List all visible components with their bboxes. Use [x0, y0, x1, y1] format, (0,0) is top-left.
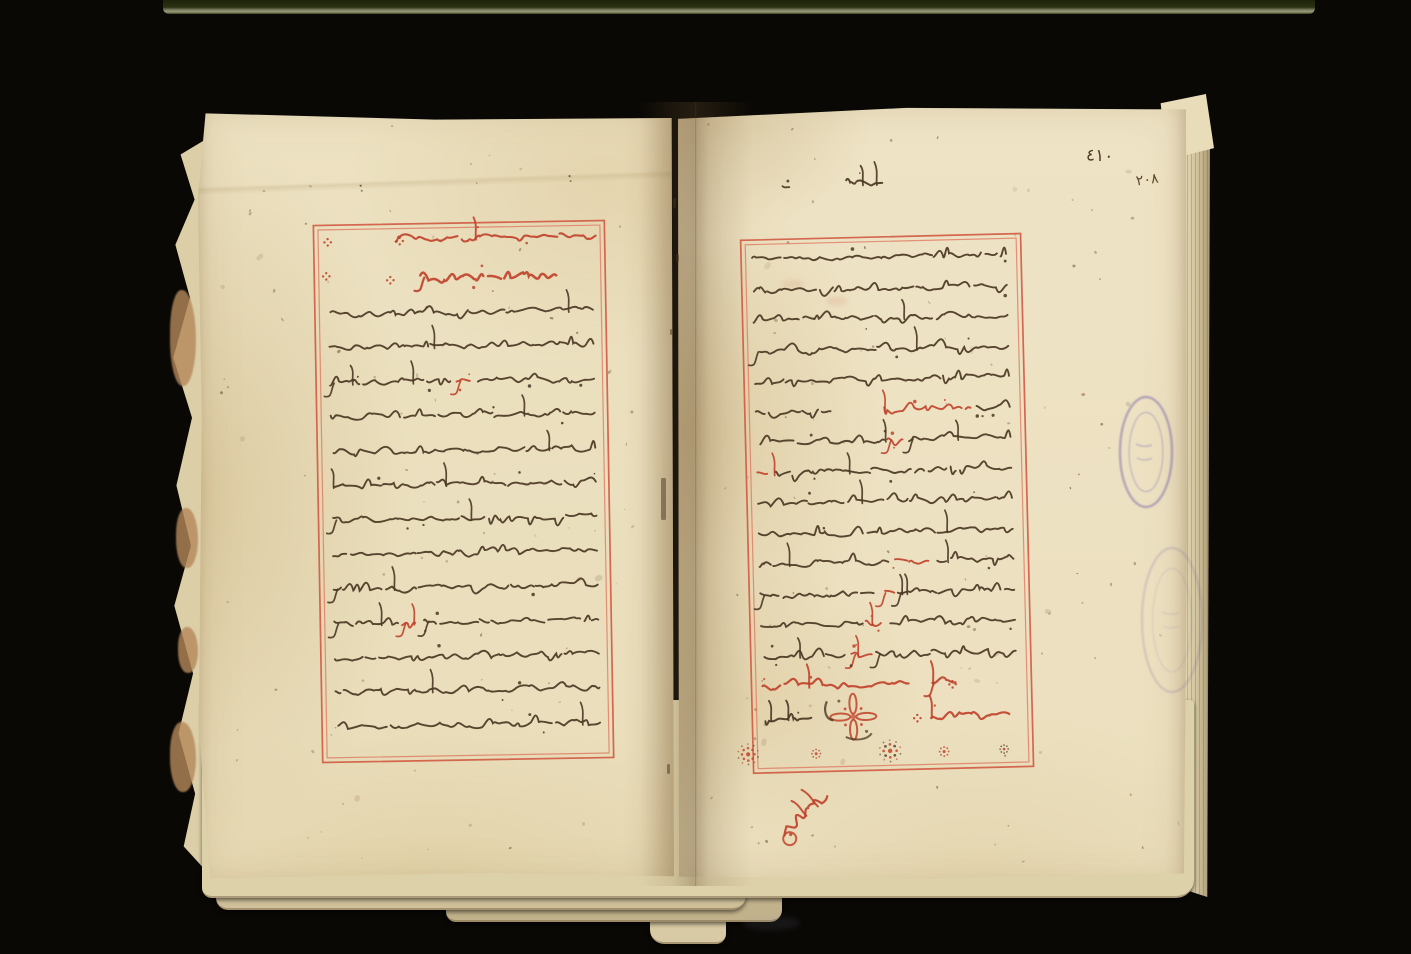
verso-page: [196, 104, 674, 884]
recto-page: [676, 100, 1188, 886]
table-edge-strip: [163, 0, 1315, 14]
paper-damage-patch: [170, 722, 196, 792]
paper-damage-patch: [170, 290, 196, 386]
faint-smudge: [742, 916, 800, 930]
folio-number: ٤١٠: [1085, 145, 1113, 166]
manuscript-photo-scene: ٤١٠ ٢٠٨: [0, 0, 1411, 954]
paper-damage-patch: [178, 627, 198, 673]
paper-damage-patch: [176, 508, 198, 568]
folio-number-under-leaf: ٢٠٨: [1135, 171, 1160, 190]
sewing-mark: [673, 198, 676, 208]
